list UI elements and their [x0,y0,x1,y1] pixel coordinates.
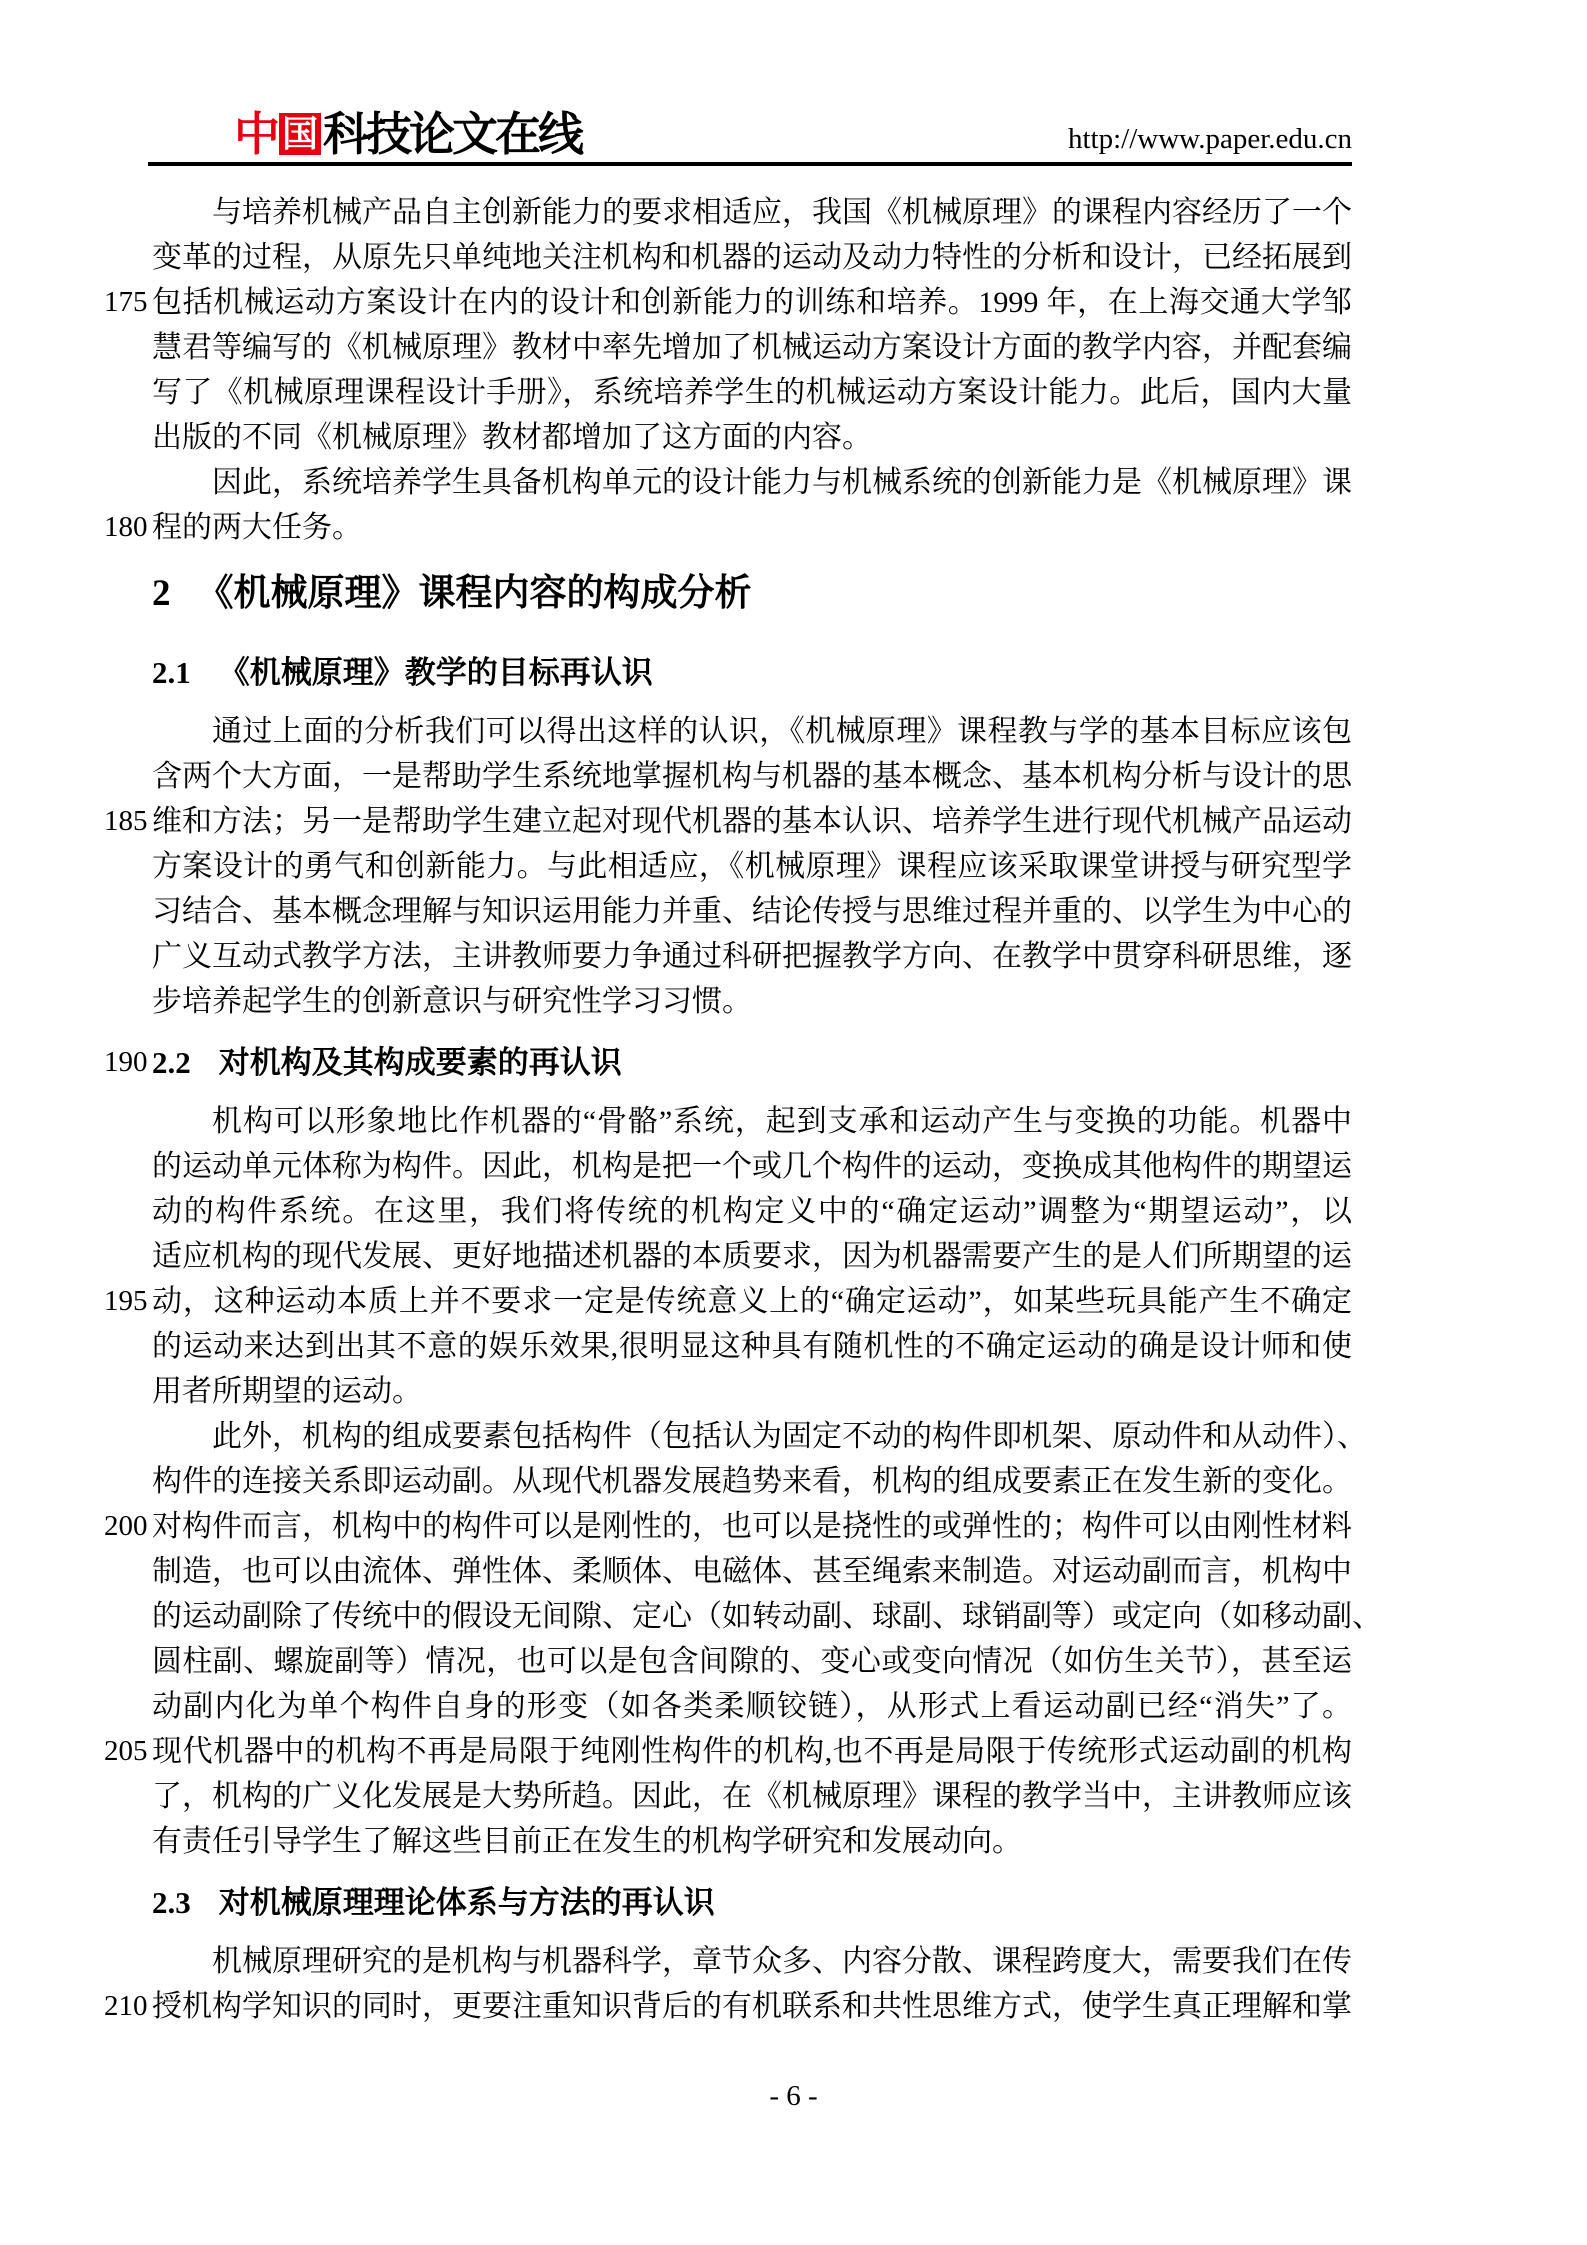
line-text: 机械原理研究的是机构与机器科学，章节众多、内容分散、课程跨度大，需要我们在传 [212,1945,1352,1978]
line-text: 现代机器中的机构不再是局限于纯刚性构件的机构,也不再是局限于传统形式运动副的机构 [152,1735,1352,1768]
heading-text: 《机械原理》教学的目标再认识 [219,655,653,690]
text-line: 180程的两大任务。 [152,505,1352,550]
heading-number: 2.1 [152,655,191,690]
line-text: 适应机构的现代发展、更好地描述机器的本质要求，因为机器需要产生的是人们所期望的运 [152,1240,1352,1273]
line-text: 圆柱副、螺旋副等）情况，也可以是包含间隙的、变心或变向情况（如仿生关节），甚至运 [152,1645,1352,1678]
text-line: 含两个大方面，一是帮助学生系统地掌握机构与机器的基本概念、基本机构分析与设计的思 [152,754,1352,799]
text-line: 了，机构的广义化发展是大势所趋。因此，在《机械原理》课程的教学当中，主讲教师应该 [152,1774,1352,1819]
line-text: 慧君等编写的《机械原理》教材中率先增加了机械运动方案设计方面的教学内容，并配套编 [152,331,1352,364]
text-line: 广义互动式教学方法，主讲教师要力争通过科研把握教学方向、在教学中贯穿科研思维，逐 [152,934,1352,979]
line-text: 步培养起学生的创新意识与研究性学习习惯。 [152,985,752,1018]
line-text: 制造，也可以由流体、弹性体、柔顺体、电磁体、甚至绳索来制造。对运动副而言，机构中 [152,1555,1352,1588]
line-text: 此外，机构的组成要素包括构件（包括认为固定不动的构件即机架、原动件和从动件）、 [212,1420,1367,1453]
site-url-link[interactable]: http://www.paper.edu.cn [1068,123,1352,156]
line-text: 包括机械运动方案设计在内的设计和创新能力的训练和培养。1999 年，在上海交通大… [152,286,1352,319]
line-text: 广义互动式教学方法，主讲教师要力争通过科研把握教学方向、在教学中贯穿科研思维，逐 [152,940,1352,973]
line-text: 动的构件系统。在这里，我们将传统的机构定义中的“确定运动”调整为“期望运动”，以 [152,1195,1352,1228]
margin-line-number: 190 [104,1040,148,1085]
section-heading: 2.3对机械原理理论体系与方法的再认识 [152,1880,1352,1925]
page-header: 中 国 科技论文在线 http://www.paper.edu.cn [148,110,1352,166]
line-text: 机构可以形象地比作机器的“骨骼”系统，起到支承和运动产生与变换的功能。机器中 [212,1105,1352,1138]
line-text: 对构件而言，机构中的构件可以是刚性的，也可以是挠性的或弹性的；构件可以由刚性材料 [152,1510,1352,1543]
text-line: 200对构件而言，机构中的构件可以是刚性的，也可以是挠性的或弹性的；构件可以由刚… [152,1504,1352,1549]
line-text: 程的两大任务。 [152,511,362,544]
section-heading: 2.1《机械原理》教学的目标再认识 [152,650,1352,695]
line-text: 动副内化为单个构件自身的形变（如各类柔顺铰链），从形式上看运动副已经“消失”了。 [152,1690,1352,1723]
line-text: 有责任引导学生了解这些目前正在发生的机构学研究和发展动向。 [152,1825,1022,1858]
margin-line-number: 180 [104,505,148,550]
text-line: 205现代机器中的机构不再是局限于纯刚性构件的机构,也不再是局限于传统形式运动副… [152,1729,1352,1774]
line-text: 的运动来达到出其不意的娱乐效果,很明显这种具有随机性的不确定运动的确是设计师和使 [152,1330,1352,1363]
line-text: 的运动单元体称为构件。因此，机构是把一个或几个构件的运动，变换成其他构件的期望运 [152,1150,1352,1183]
text-line: 175包括机械运动方案设计在内的设计和创新能力的训练和培养。1999 年，在上海… [152,280,1352,325]
heading-text: 对机械原理理论体系与方法的再认识 [219,1885,715,1920]
text-line: 有责任引导学生了解这些目前正在发生的机构学研究和发展动向。 [152,1819,1352,1864]
heading-text: 《机械原理》课程内容的构成分析 [197,572,752,613]
line-text: 含两个大方面，一是帮助学生系统地掌握机构与机器的基本概念、基本机构分析与设计的思 [152,760,1352,793]
heading-number: 2.2 [152,1045,191,1080]
logo-text: 科技论文在线 [323,111,581,157]
text-line: 因此，系统培养学生具备机构单元的设计能力与机械系统的创新能力是《机械原理》课 [152,460,1352,505]
text-line: 与培养机械产品自主创新能力的要求相适应，我国《机械原理》的课程内容经历了一个 [152,190,1352,235]
text-line: 写了《机械原理课程设计手册》，系统培养学生的机械运动方案设计能力。此后，国内大量 [152,370,1352,415]
text-line: 制造，也可以由流体、弹性体、柔顺体、电磁体、甚至绳索来制造。对运动副而言，机构中 [152,1549,1352,1594]
text-line: 195动，这种运动本质上并不要求一定是传统意义上的“确定运动”，如某些玩具能产生… [152,1279,1352,1324]
text-line: 的运动单元体称为构件。因此，机构是把一个或几个构件的运动，变换成其他构件的期望运 [152,1144,1352,1189]
section-heading: 1902.2对机构及其构成要素的再认识 [152,1040,1352,1085]
text-line: 机械原理研究的是机构与机器科学，章节众多、内容分散、课程跨度大，需要我们在传 [152,1939,1352,1984]
heading-text: 对机构及其构成要素的再认识 [219,1045,622,1080]
line-text: 变革的过程，从原先只单纯地关注机构和机器的运动及动力特性的分析和设计，已经拓展到 [152,241,1352,274]
margin-line-number: 205 [104,1729,148,1774]
line-text: 动，这种运动本质上并不要求一定是传统意义上的“确定运动”，如某些玩具能产生不确定 [152,1285,1352,1318]
text-line: 圆柱副、螺旋副等）情况，也可以是包含间隙的、变心或变向情况（如仿生关节），甚至运 [152,1639,1352,1684]
text-line: 适应机构的现代发展、更好地描述机器的本质要求，因为机器需要产生的是人们所期望的运 [152,1234,1352,1279]
line-text: 因此，系统培养学生具备机构单元的设计能力与机械系统的创新能力是《机械原理》课 [212,466,1352,499]
document-body: 与培养机械产品自主创新能力的要求相适应，我国《机械原理》的课程内容经历了一个变革… [152,190,1352,2029]
text-line: 185维和方法；另一是帮助学生建立起对现代机器的基本认识、培养学生进行现代机械产… [152,799,1352,844]
text-line: 步培养起学生的创新意识与研究性学习习惯。 [152,979,1352,1024]
text-line: 的运动副除了传统中的假设无间隙、定心（如转动副、球副、球销副等）或定向（如移动副… [152,1594,1352,1639]
line-text: 了，机构的广义化发展是大势所趋。因此，在《机械原理》课程的教学当中，主讲教师应该 [152,1780,1352,1813]
line-text: 构件的连接关系即运动副。从现代机器发展趋势来看，机构的组成要素正在发生新的变化。 [152,1465,1352,1498]
line-text: 的运动副除了传统中的假设无间隙、定心（如转动副、球副、球销副等）或定向（如移动副… [152,1600,1382,1633]
page-number: - 6 - [769,2080,817,2112]
text-line: 慧君等编写的《机械原理》教材中率先增加了机械运动方案设计方面的教学内容，并配套编 [152,325,1352,370]
margin-line-number: 195 [104,1279,148,1324]
text-line: 方案设计的勇气和创新能力。与此相适应，《机械原理》课程应该采取课堂讲授与研究型学 [152,844,1352,889]
page-footer: - 6 - [0,2080,1587,2113]
line-text: 写了《机械原理课程设计手册》，系统培养学生的机械运动方案设计能力。此后，国内大量 [152,376,1352,409]
margin-line-number: 175 [104,280,148,325]
line-text: 通过上面的分析我们可以得出这样的认识，《机械原理》课程教与学的基本目标应该包 [212,715,1352,748]
text-line: 构件的连接关系即运动副。从现代机器发展趋势来看，机构的组成要素正在发生新的变化。 [152,1459,1352,1504]
line-text: 与培养机械产品自主创新能力的要求相适应，我国《机械原理》的课程内容经历了一个 [212,196,1352,229]
line-text: 用者所期望的运动。 [152,1375,422,1408]
line-text: 方案设计的勇气和创新能力。与此相适应，《机械原理》课程应该采取课堂讲授与研究型学 [152,850,1352,883]
line-text: 出版的不同《机械原理》教材都增加了这方面的内容。 [152,421,872,454]
document-page: 中 国 科技论文在线 http://www.paper.edu.cn 与培养机械… [0,0,1587,2245]
margin-line-number: 210 [104,1984,148,2029]
text-line: 动副内化为单个构件自身的形变（如各类柔顺铰链），从形式上看运动副已经“消失”了。 [152,1684,1352,1729]
text-line: 动的构件系统。在这里，我们将传统的机构定义中的“确定运动”调整为“期望运动”，以 [152,1189,1352,1234]
logo-char-zhong: 中 [234,111,278,157]
heading-number: 2 [152,573,171,614]
heading-number: 2.3 [152,1885,191,1920]
margin-line-number: 185 [104,799,148,844]
margin-line-number: 200 [104,1504,148,1549]
text-line: 出版的不同《机械原理》教材都增加了这方面的内容。 [152,415,1352,460]
section-heading: 2《机械原理》课程内容的构成分析 [152,568,1352,618]
line-text: 授机构学知识的同时，更要注重知识背后的有机联系和共性思维方式，使学生真正理解和掌 [152,1990,1352,2023]
text-line: 变革的过程，从原先只单纯地关注机构和机器的运动及动力特性的分析和设计，已经拓展到 [152,235,1352,280]
line-text: 习结合、基本概念理解与知识运用能力并重、结论传授与思维过程并重的、以学生为中心的 [152,895,1352,928]
text-line: 用者所期望的运动。 [152,1369,1352,1414]
text-line: 的运动来达到出其不意的娱乐效果,很明显这种具有随机性的不确定运动的确是设计师和使 [152,1324,1352,1369]
site-logo: 中 国 科技论文在线 [234,111,581,157]
text-line: 通过上面的分析我们可以得出这样的认识，《机械原理》课程教与学的基本目标应该包 [152,709,1352,754]
text-line: 习结合、基本概念理解与知识运用能力并重、结论传授与思维过程并重的、以学生为中心的 [152,889,1352,934]
line-text: 维和方法；另一是帮助学生建立起对现代机器的基本认识、培养学生进行现代机械产品运动 [152,805,1352,838]
text-line: 210授机构学知识的同时，更要注重知识背后的有机联系和共性思维方式，使学生真正理… [152,1984,1352,2029]
text-line: 机构可以形象地比作机器的“骨骼”系统，起到支承和运动产生与变换的功能。机器中 [152,1099,1352,1144]
text-line: 此外，机构的组成要素包括构件（包括认为固定不动的构件即机架、原动件和从动件）、 [152,1414,1352,1459]
logo-char-guo: 国 [279,113,321,155]
